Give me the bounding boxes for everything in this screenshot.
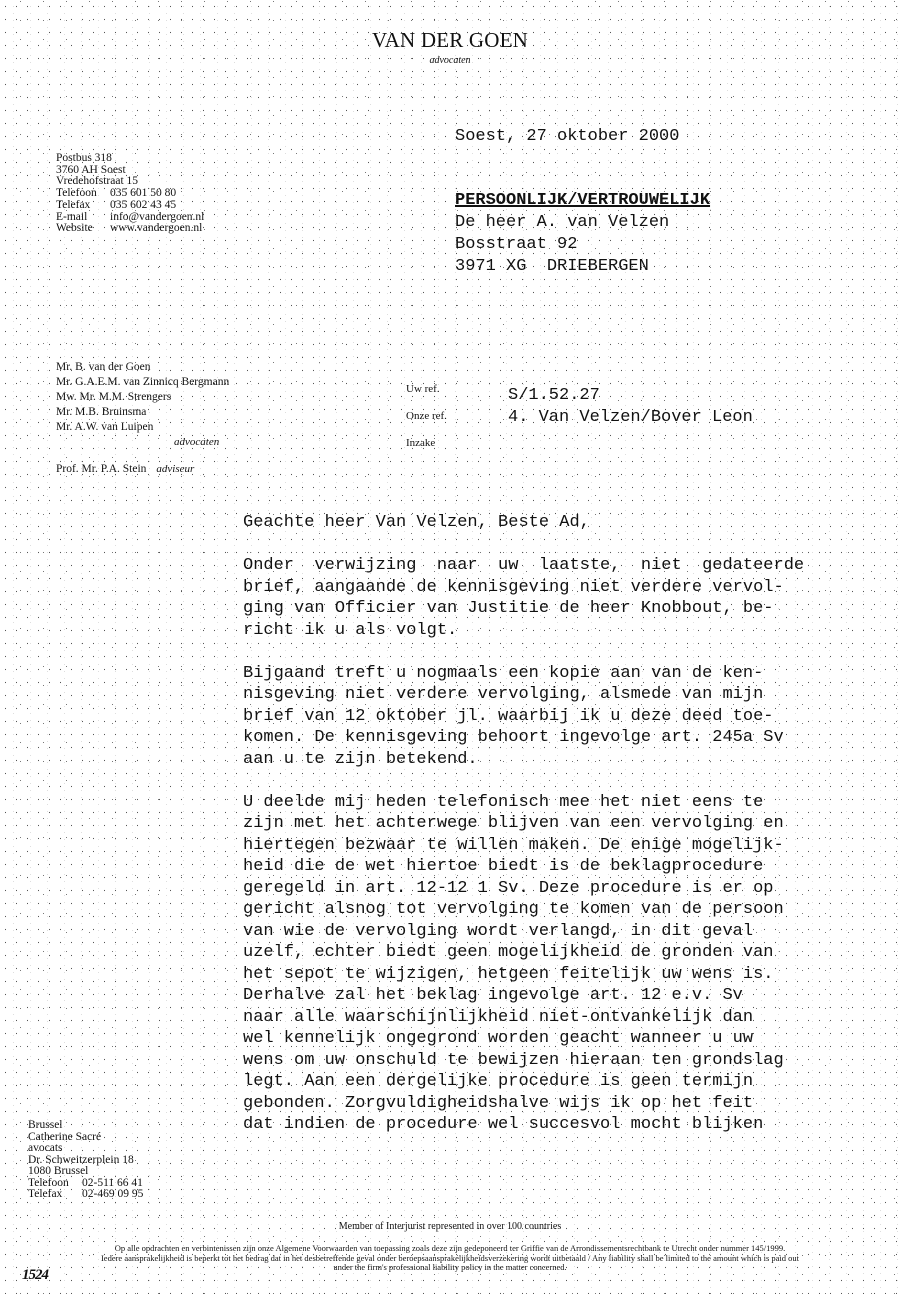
partner-name: Mr. A.W. van Luipen [56,420,229,435]
brussels-phone-value: 02-511 66 41 [82,1177,143,1189]
body-line: gebonden. Zorgvuldigheidshalve wijs ik o… [243,1093,843,1115]
brussels-fax-label: Telefax [28,1189,82,1201]
body-line: U deelde mij heden telefonisch mee het n… [243,792,843,814]
reference-values: S/1.52.27 4. Van Velzen/Bover Leon [508,385,753,429]
our-ref-value: 4. Van Velzen/Bover Leon [508,407,753,429]
brussels-city: Brussel [28,1120,143,1132]
fax-value: 035 602 43 45 [110,199,176,211]
fax-label: Telefax [56,200,110,212]
brussels-fax-value: 02-469 09 95 [82,1188,143,1200]
body-line: Bijgaand treft u nogmaals een kopie aan … [243,663,843,685]
website-label: Website [56,223,110,235]
body-line: dat indien de procedure wel succesvol mo… [243,1114,843,1136]
body-line: geregeld in art. 12-12 1 Sv. Deze proced… [243,878,843,900]
body-line: Derhalve zal het beklag ingevolge art. 1… [243,985,843,1007]
body-line: naar alle waarschijnlijkheid niet-ontvan… [243,1007,843,1029]
body-line: uzelf, echter biedt geen mogelijkheid de… [243,942,843,964]
brussels-office-block: Brussel Catherine Sacré avocats Dr. Schw… [28,1120,143,1201]
recipient-block: PERSOONLIJK/VERTROUWELIJK De heer A. van… [455,190,710,278]
letter-body: Geachte heer Van Velzen, Beste Ad, Onder… [243,512,843,1157]
body-line: het sepot te wijzigen, hetgeen feitelijk… [243,964,843,986]
phone-value: 035 601 50 80 [110,187,176,199]
body-line: nisgeving niet verdere vervolging, alsme… [243,684,843,706]
recipient-city: 3971 XG DRIEBERGEN [455,256,710,278]
body-line: wens om uw onschuld te bewijzen hieraan … [243,1050,843,1072]
salutation: Geachte heer Van Velzen, Beste Ad, [243,512,843,534]
brussels-fax-row: Telefax02-469 09 95 [28,1189,143,1201]
partner-name: Mr. M.B. Bruinsma [56,405,229,420]
footer-terms-line: under the firm's professional liability … [4,1263,896,1273]
body-paragraph: Onder verwijzing naar uw laatste, niet g… [243,555,843,641]
body-line: hiertegen bezwaar te willen maken. De en… [243,835,843,857]
adviser-line: Prof. Mr. P.A. Steinadviseur [56,463,194,475]
firm-subtitle: advocaten [0,55,900,66]
partners-list: Mr. B. van der Goen Mr. G.A.E.M. van Zin… [56,360,229,450]
our-ref-label: Onze ref. [406,403,447,430]
partners-role: advocaten [56,435,229,450]
website-value: www.vandergoen.nl [110,222,202,234]
date-line: Soest, 27 oktober 2000 [455,127,679,146]
reference-labels: Uw ref. Onze ref. Inzake [406,376,447,457]
body-line: wel kennelijk ongegrond worden geacht wa… [243,1028,843,1050]
body-line: richt ik u als volgt. [243,620,843,642]
email-value: info@vandergoen.nl [110,211,204,223]
your-ref-value: S/1.52.27 [508,385,753,407]
body-line: Onder verwijzing naar uw laatste, niet g… [243,555,843,577]
body-line: van wie de vervolging wordt verlangd, in… [243,921,843,943]
recipient-name: De heer A. van Velzen [455,212,710,234]
firm-name: VAN DER GOEN [0,28,900,53]
po-box: Postbus 318 [56,153,204,165]
body-line: brief, aangaande de kennisgeving niet ve… [243,577,843,599]
body-line: legt. Aan een dergelijke procedure is ge… [243,1071,843,1093]
recipient-street: Bosstraat 92 [455,234,710,256]
confidential-marking: PERSOONLIJK/VERTROUWELIJK [455,190,710,212]
website-row: Websitewww.vandergoen.nl [56,223,204,235]
body-line: gericht alsnog tot vervolging te komen v… [243,899,843,921]
adviser-role: adviseur [156,463,194,475]
brussels-role: avocats [28,1143,143,1155]
partner-name: Mr. G.A.E.M. van Zinnicq Bergmann [56,375,229,390]
body-line: brief van 12 oktober jl. waarbij ik u de… [243,706,843,728]
firm-contact-block: Postbus 318 3760 AH Soest Vredehofstraat… [56,153,204,235]
body-paragraph: Bijgaand treft u nogmaals een kopie aan … [243,663,843,771]
adviser-name: Prof. Mr. P.A. Stein [56,463,146,475]
body-line: ging van Officier van Justitie de heer K… [243,598,843,620]
subject-label: Inzake [406,430,447,457]
body-line: aan u te zijn betekend. [243,749,843,771]
partner-name: Mw. Mr. M.M. Strengers [56,390,229,405]
body-line: zijn met het achterwege blijven van een … [243,813,843,835]
body-line: heid die de wet hiertoe biedt is de bekl… [243,856,843,878]
handwritten-page-mark: 1524 [22,1267,48,1284]
your-ref-label: Uw ref. [406,376,447,403]
body-line: komen. De kennisgeving behoort ingevolge… [243,727,843,749]
partner-name: Mr. B. van der Goen [56,360,229,375]
footer-membership: Member of Interjurist represented in ove… [0,1221,900,1232]
footer-terms: Op alle opdrachten en verbintenissen zij… [4,1244,896,1273]
body-paragraph: U deelde mij heden telefonisch mee het n… [243,792,843,1136]
